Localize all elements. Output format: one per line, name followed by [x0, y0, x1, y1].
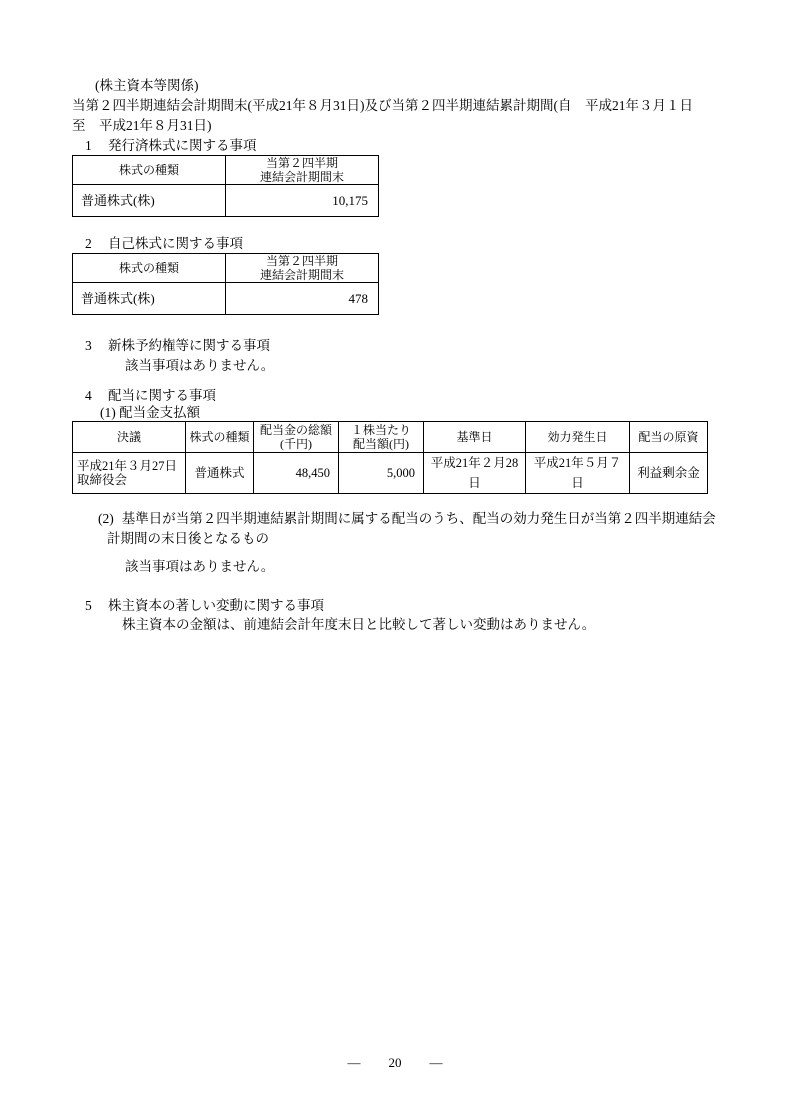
value-cell: 10,175 — [226, 185, 379, 217]
sub2-text-1: 基準日が当第２四半期連結累計期間に属する配当のうち、配当の効力発生日が当第２四半… — [122, 509, 716, 529]
table-row: 普通株式(株) 10,175 — [73, 185, 379, 217]
sub1-label: (1) — [100, 405, 116, 420]
table-header-row: 株式の種類 当第２四半期 連結会計期間末 — [73, 254, 379, 283]
total-amount-cell: 48,450 — [254, 453, 339, 494]
footer-dash-left: ― — [348, 1055, 361, 1070]
section-4-sub2: (2) 基準日が当第２四半期連結累計期間に属する配当のうち、配当の効力発生日が当… — [72, 509, 720, 549]
section-4-heading: 4配当に関する事項 — [85, 387, 720, 405]
document-page: (株主資本等関係) 当第２四半期連結会計期間末(平成21年８月31日)及び当第２… — [0, 0, 790, 1118]
section-1-number: 1 — [85, 136, 108, 155]
footer-dash-right: ― — [430, 1055, 443, 1070]
column-header-source: 配当の原資 — [630, 422, 708, 453]
section-2-heading: 2自己株式に関する事項 — [85, 234, 720, 253]
dividends-table: 決議 株式の種類 配当金の総額 (千円) １株当たり 配当額(円) 基準日 効力… — [72, 421, 708, 494]
column-header-per-share: １株当たり 配当額(円) — [339, 422, 424, 453]
share-type-cell: 普通株式 — [186, 453, 254, 494]
column-header-period-end: 当第２四半期 連結会計期間末 — [226, 254, 379, 283]
section-2-number: 2 — [85, 234, 108, 253]
section-4-sub1-heading: (1) 配当金支払額 — [100, 405, 720, 421]
column-header-record-date: 基準日 — [424, 422, 526, 453]
sub1-title: 配当金支払額 — [119, 405, 200, 420]
column-header-resolution: 決議 — [73, 422, 186, 453]
column-header-period-end: 当第２四半期 連結会計期間末 — [226, 156, 379, 185]
section-5-heading: 5株主資本の著しい変動に関する事項 — [85, 597, 720, 615]
table-header-row: 株式の種類 当第２四半期 連結会計期間末 — [73, 156, 379, 185]
section-3-number: 3 — [85, 336, 108, 356]
page-content: (株主資本等関係) 当第２四半期連結会計期間末(平成21年８月31日)及び当第２… — [72, 76, 720, 635]
intro-line-1: 当第２四半期連結会計期間末(平成21年８月31日)及び当第２四半期連結累計期間(… — [72, 96, 720, 116]
sub2-line-1: (2) 基準日が当第２四半期連結累計期間に属する配当のうち、配当の効力発生日が当… — [72, 509, 720, 529]
section-3-heading: 3新株予約権等に関する事項 — [85, 336, 720, 356]
value-cell: 478 — [226, 283, 379, 315]
effective-date-cell: 平成21年５月７日 — [526, 453, 630, 494]
section-2-title: 自己株式に関する事項 — [108, 236, 243, 251]
intro-line-2: 至 平成21年８月31日) — [72, 116, 720, 136]
table-row: 平成21年３月27日 取締役会 普通株式 48,450 5,000 平成21年２… — [73, 453, 708, 494]
section-4-title: 配当に関する事項 — [108, 388, 216, 403]
per-share-cell: 5,000 — [339, 453, 424, 494]
section-1-title: 発行済株式に関する事項 — [108, 138, 257, 153]
source-cell: 利益剰余金 — [630, 453, 708, 494]
page-number: 20 — [389, 1055, 402, 1070]
section-5-number: 5 — [85, 597, 108, 615]
column-header-effective-date: 効力発生日 — [526, 422, 630, 453]
section-3-body: 該当事項はありません。 — [125, 356, 720, 376]
column-header-share-type: 株式の種類 — [73, 156, 226, 185]
section-5-title: 株主資本の著しい変動に関する事項 — [108, 598, 324, 613]
record-date-cell: 平成21年２月28日 — [424, 453, 526, 494]
note-title: (株主資本等関係) — [95, 76, 720, 96]
table-row: 普通株式(株) 478 — [73, 283, 379, 315]
section-5-body: 株主資本の金額は、前連結会計年度末日と比較して著しい変動はありません。 — [122, 615, 720, 635]
sub2-label: (2) — [98, 509, 114, 529]
column-header-share-type: 株式の種類 — [73, 254, 226, 283]
section-3-title: 新株予約権等に関する事項 — [108, 338, 270, 353]
sub2-line-2: 計期間の末日後となるもの — [107, 529, 720, 549]
section-1-heading: 1発行済株式に関する事項 — [85, 136, 720, 155]
section-4-sub2-body: 該当事項はありません。 — [125, 557, 720, 577]
column-header-share-type: 株式の種類 — [186, 422, 254, 453]
column-header-total-amount: 配当金の総額 (千円) — [254, 422, 339, 453]
issued-shares-table: 株式の種類 当第２四半期 連結会計期間末 普通株式(株) 10,175 — [72, 155, 379, 217]
page-footer: ―20― — [0, 1053, 790, 1073]
table-header-row: 決議 株式の種類 配当金の総額 (千円) １株当たり 配当額(円) 基準日 効力… — [73, 422, 708, 453]
treasury-shares-table: 株式の種類 当第２四半期 連結会計期間末 普通株式(株) 478 — [72, 253, 379, 315]
share-type-cell: 普通株式(株) — [73, 283, 226, 315]
resolution-cell: 平成21年３月27日 取締役会 — [73, 453, 186, 494]
share-type-cell: 普通株式(株) — [73, 185, 226, 217]
section-4-number: 4 — [85, 387, 108, 405]
